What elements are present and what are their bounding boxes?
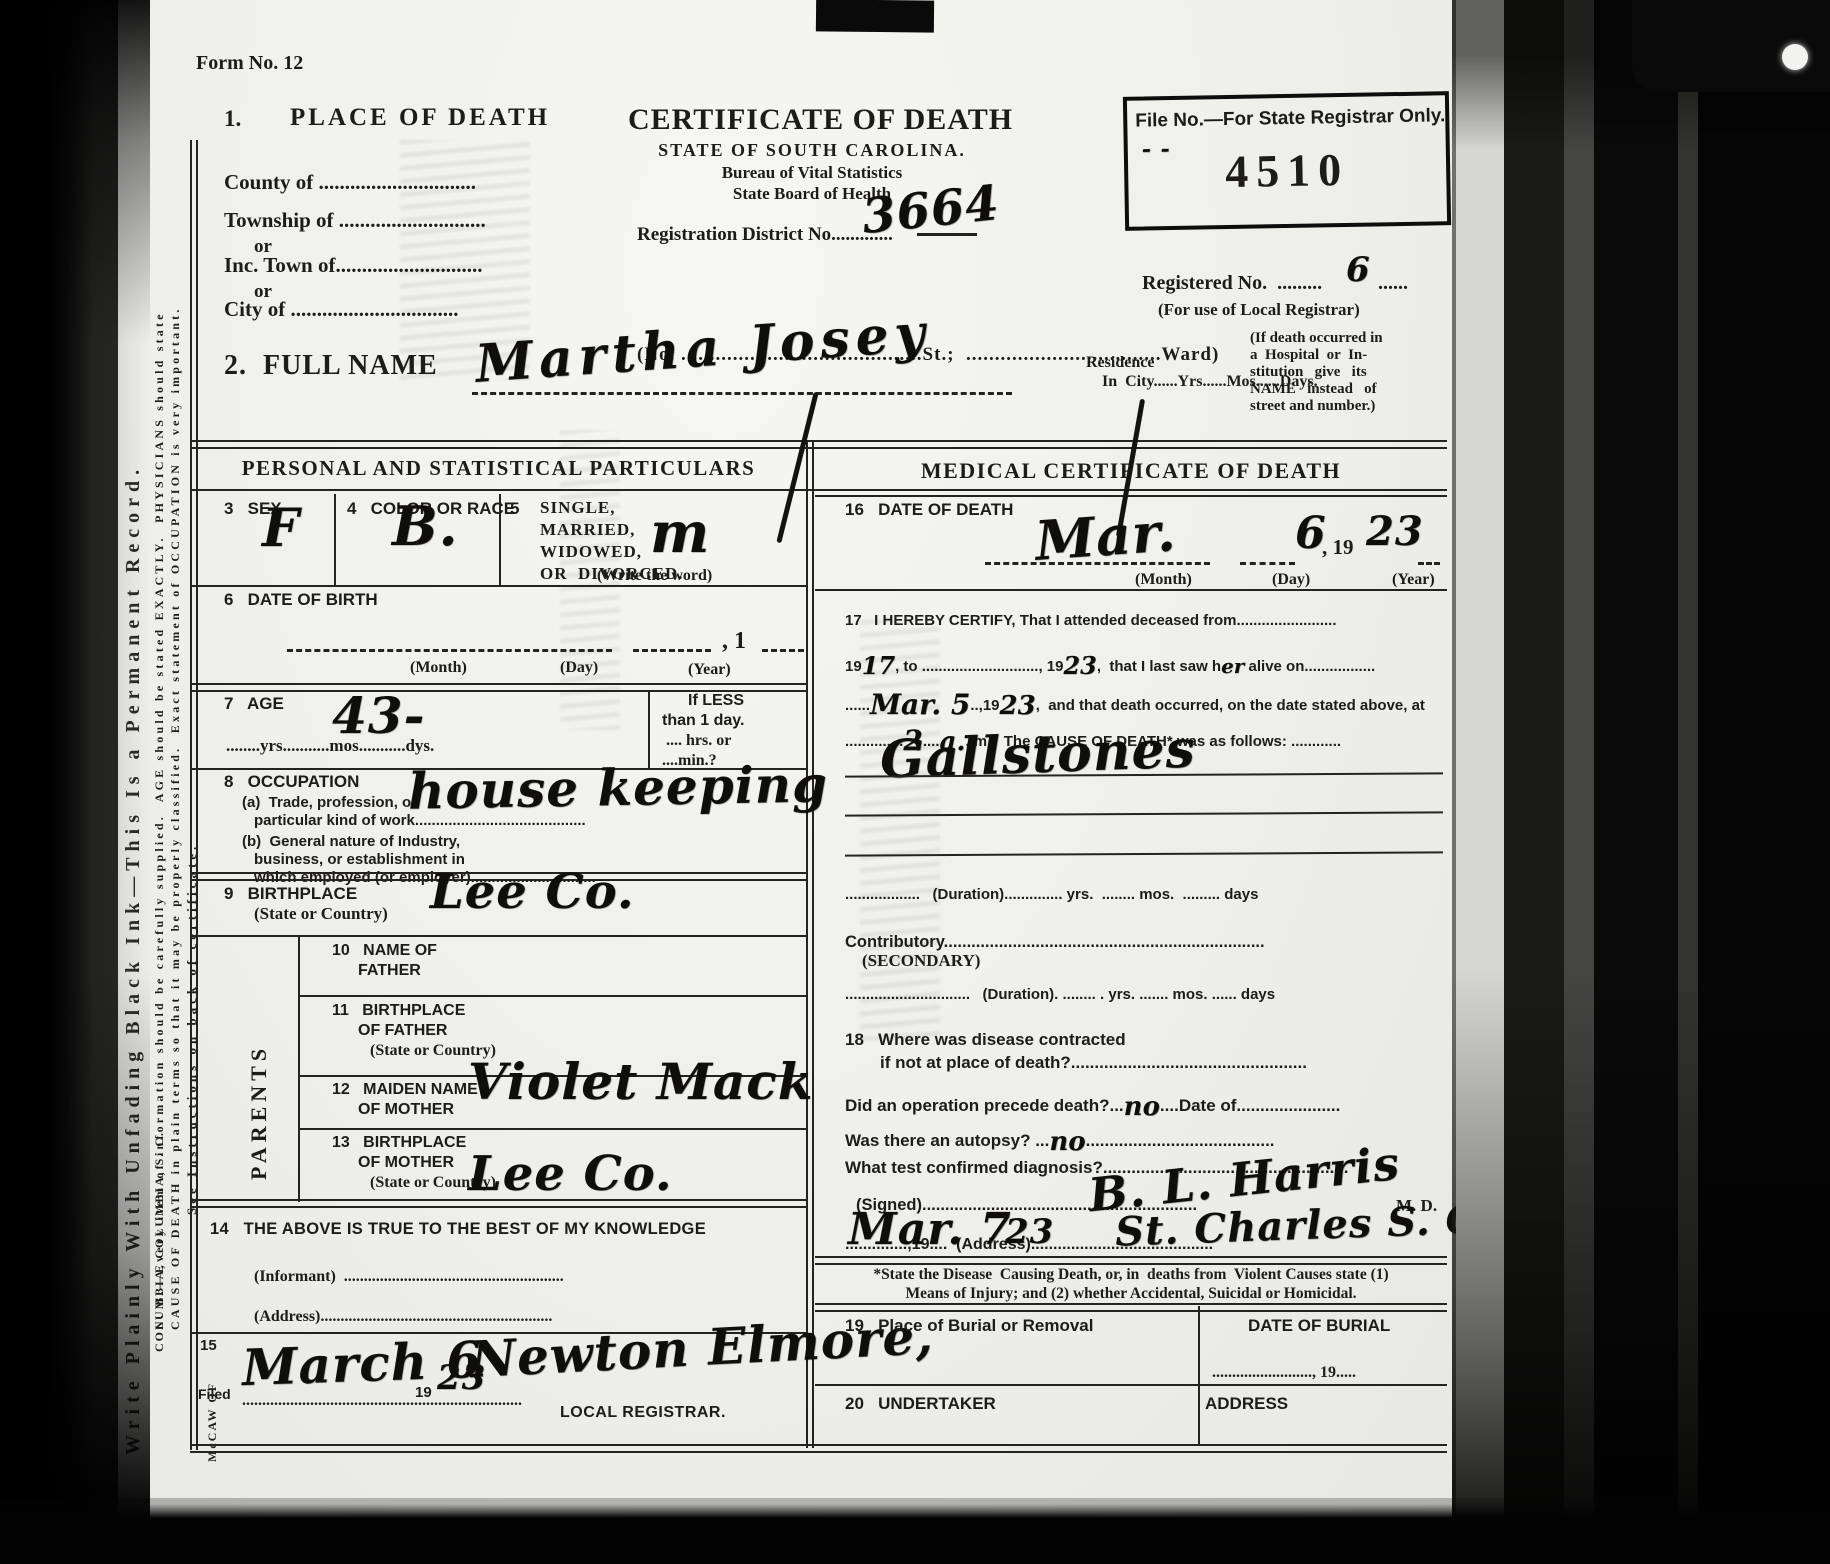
dob-month-blank xyxy=(287,649,612,652)
header-separator-rule xyxy=(190,440,1447,449)
dob-year-caption: (Year) xyxy=(688,661,731,679)
dob-day-blank xyxy=(633,649,711,652)
age-label: 7 AGE xyxy=(224,694,284,714)
state-subtitle: STATE OF SOUTH CAROLINA. xyxy=(628,140,996,161)
age-units-line: ........yrs...........mos...........dys. xyxy=(226,736,644,756)
registered-no-value: 6 xyxy=(1346,250,1371,290)
secondary-caption: (SECONDARY) xyxy=(862,951,980,971)
row-rule xyxy=(298,1128,806,1130)
certify-line2: 1917, to ............................, 1… xyxy=(845,648,1445,677)
residence-duration-line: In City......Yrs......Mos......Days. xyxy=(1102,373,1318,391)
occupation-value: house keeping xyxy=(408,754,829,820)
footnote-line1: *State the Disease Causing Death, or, in… xyxy=(815,1266,1447,1284)
dod-year-caption: (Year) xyxy=(1392,571,1435,589)
file-number-value: 4510 xyxy=(1128,141,1447,200)
duration-line-primary: .................. (Duration)...........… xyxy=(845,886,1445,903)
form-number: Form No. 12 xyxy=(196,52,303,75)
cause-of-death-value: Gallstones xyxy=(879,719,1197,791)
form-bottom-border xyxy=(190,1444,1447,1453)
date-of-death-year-value: 23 xyxy=(1366,508,1424,555)
printed-to-19: , to ............................, 19 xyxy=(895,658,1063,675)
bleed-through-smudge xyxy=(860,620,940,1040)
signed-date-value: Mar. 7 xyxy=(848,1204,1012,1255)
dod-month-caption: (Month) xyxy=(1135,571,1192,589)
date-of-burial-label: DATE OF BURIAL xyxy=(1248,1316,1390,1336)
scan-dark-edge-bottom xyxy=(0,1498,1830,1564)
file-number-box-title: File No.—For State Registrar Only. xyxy=(1135,105,1433,132)
hospital-note-line: street and number.) xyxy=(1250,398,1375,415)
leader-dots: ........................................ xyxy=(1086,1131,1275,1150)
stray-pen-marks: - - xyxy=(1142,136,1171,163)
pronoun-handwritten: er xyxy=(1221,654,1244,677)
for-use-of-local-registrar-note: (For use of Local Registrar) xyxy=(1158,300,1360,320)
row-rule xyxy=(815,1384,1447,1386)
printed-19: ..,19 xyxy=(970,697,999,714)
dod-year-printed: , 19 xyxy=(1322,535,1354,560)
mother-birthplace-value: Lee Co. xyxy=(468,1146,673,1202)
township-field: Township of ............................ xyxy=(224,208,574,233)
local-registrar-label: LOCAL REGISTRAR. xyxy=(560,1404,726,1422)
occupation-b-line1: (b) General nature of Industry, xyxy=(242,833,460,850)
mother-birthplace-label2: OF MOTHER xyxy=(358,1154,454,1172)
autopsy-answer-value: no xyxy=(1049,1127,1085,1153)
mother-maiden-label1: 12 MAIDEN NAME xyxy=(332,1081,478,1099)
occupation-label: 8 OCCUPATION xyxy=(224,772,359,792)
margin-cause-note: CAUSE OF DEATH in plain terms so that it… xyxy=(168,306,183,1330)
informant-field: (Informant) ............................… xyxy=(254,1268,802,1286)
if-less-line3: .... hrs. or xyxy=(666,732,731,750)
birthplace-value: Lee Co. xyxy=(430,864,635,920)
footnote-line2: Means of Injury; and (2) whether Acciden… xyxy=(815,1285,1447,1303)
row-rule xyxy=(190,585,806,587)
row-rule xyxy=(815,589,1447,591)
father-birthplace-label2: OF FATHER xyxy=(358,1022,447,1040)
mother-birthplace-label1: 13 BIRTHPLACE xyxy=(332,1134,466,1152)
certify-line1: 17 I HEREBY CERTIFY, That I attended dec… xyxy=(845,612,1445,629)
alive-on-text: alive on................. xyxy=(1244,658,1375,675)
county-field: County of .............................. xyxy=(224,170,574,195)
row-rule xyxy=(190,683,806,692)
date-of-burial-field: ........................., 19..... xyxy=(1212,1364,1444,1382)
write-the-word-hint: (Write the word) xyxy=(597,567,712,585)
place-of-death-heading: PLACE OF DEATH xyxy=(290,104,550,132)
scan-blotch-top xyxy=(816,0,934,33)
birthplace-hint: (State or Country) xyxy=(254,904,388,924)
full-name-label: 2. FULL NAME xyxy=(224,350,438,382)
heading-underline-rule xyxy=(190,489,1447,491)
residence-label: Residence xyxy=(1086,354,1154,372)
registered-no-field: Registered No. ......... xyxy=(1142,272,1322,295)
registered-no-trailing-dots: ...... xyxy=(1378,272,1408,295)
marital-option-married: MARRIED, xyxy=(540,520,635,540)
autopsy-question: Was there an autopsy? ... xyxy=(845,1131,1049,1150)
mother-maiden-label2: OF MOTHER xyxy=(358,1101,454,1119)
mother-maiden-value: Violet Mack xyxy=(468,1052,813,1111)
signed-year-value: 23 xyxy=(1005,1212,1054,1252)
dob-month-caption: (Month) xyxy=(410,659,467,677)
filed-label: Filed xyxy=(198,1386,231,1402)
attended-to-year-value: 23 xyxy=(1063,651,1096,677)
marital-option-widowed: WIDOWED, xyxy=(540,542,642,562)
marital-option-single: SINGLE, xyxy=(540,498,616,518)
field-divider xyxy=(499,494,501,586)
city-field: City of ................................ xyxy=(224,297,574,322)
marital-number: 5 xyxy=(510,499,519,519)
scan-dark-edge-right xyxy=(1452,0,1830,1564)
printed-19: 19 xyxy=(845,658,862,675)
dob-year-blank xyxy=(762,649,804,652)
dod-day-caption: (Day) xyxy=(1272,571,1310,589)
place-of-burial-label: 19 Place of Burial or Removal xyxy=(845,1316,1093,1336)
attended-from-year-value: 17 xyxy=(862,651,895,677)
row-rule xyxy=(190,1199,806,1208)
if-less-line1: If LESS xyxy=(688,692,744,710)
undertaker-address-label: ADDRESS xyxy=(1205,1394,1288,1414)
row-rule xyxy=(298,995,806,997)
date-of-birth-label: 6 DATE OF BIRTH xyxy=(224,590,378,610)
center-column-divider xyxy=(806,440,814,1448)
contributory-field: Contributory............................… xyxy=(845,933,1445,952)
row-rule xyxy=(815,1303,1447,1312)
certificate-title: CERTIFICATE OF DEATH xyxy=(628,103,996,137)
row-rule xyxy=(190,935,806,937)
disease-contracted-label: 18 Where was disease contracted xyxy=(845,1030,1126,1050)
burial-column-divider xyxy=(1198,1306,1200,1446)
scan-hole-dot xyxy=(1782,44,1808,70)
file-number-box: File No.—For State Registrar Only. 4510 … xyxy=(1123,91,1451,231)
operation-answer-value: no xyxy=(1124,1092,1160,1118)
informant-section-heading: 14 THE ABOVE IS TRUE TO THE BEST OF MY K… xyxy=(210,1220,706,1239)
father-name-label1: 10 NAME OF xyxy=(332,942,437,960)
full-name-underline xyxy=(472,392,1012,395)
dod-day-blank xyxy=(1240,562,1295,565)
hospital-note-line: (If death occurred in xyxy=(1250,330,1383,347)
occupation-a-line1: (a) Trade, profession, or xyxy=(242,794,417,811)
color-race-value: B. xyxy=(392,494,458,558)
certify-line3: ......Mar. 5..,1923, and that death occu… xyxy=(845,684,1445,717)
inc-town-field: Inc. Town of............................ xyxy=(224,253,574,278)
parents-vertical-label: PARENTS xyxy=(246,1044,272,1180)
dob-year-prefix: , 1 xyxy=(722,628,746,655)
undertaker-label: 20 UNDERTAKER xyxy=(845,1394,996,1414)
operation-date-prompt: ....Date of...................... xyxy=(1160,1096,1340,1115)
heading-underline-rule2 xyxy=(815,495,1447,497)
last-saw-year-value: 23 xyxy=(1000,691,1036,717)
last-saw-date-value: Mar. 5 xyxy=(870,688,970,717)
personal-particulars-heading: PERSONAL AND STATISTICAL PARTICULARS xyxy=(192,456,805,481)
disease-contracted-field: if not at place of death?...............… xyxy=(880,1053,1445,1073)
sex-value: F xyxy=(262,498,300,559)
father-birthplace-label1: 11 BIRTHPLACE xyxy=(332,1002,465,1020)
parents-inner-border xyxy=(298,935,300,1202)
duration-line-secondary: .............................. (Duration… xyxy=(845,986,1445,1003)
dob-day-caption: (Day) xyxy=(560,659,598,677)
filed-section-number: 15 xyxy=(200,1337,217,1354)
hospital-note-line: a Hospital or In- xyxy=(1250,347,1367,364)
field-divider xyxy=(334,494,336,586)
operation-question-line: Did an operation precede death?...no....… xyxy=(845,1088,1445,1118)
operation-question: Did an operation precede death?... xyxy=(845,1096,1124,1115)
row-rule xyxy=(815,1256,1447,1265)
dod-year-blank xyxy=(1418,562,1440,565)
death-occurred-text: , and that death occurred, on the date s… xyxy=(1036,697,1425,714)
last-saw-text: , that I last saw h xyxy=(1097,658,1221,675)
birthplace-label: 9 BIRTHPLACE xyxy=(224,884,357,904)
if-less-line2: than 1 day. xyxy=(662,712,744,730)
leader-dots: ...... xyxy=(845,697,870,714)
marital-value: m xyxy=(650,500,710,566)
scan-dark-edge-left xyxy=(0,0,150,1564)
dod-month-blank xyxy=(985,562,1210,565)
father-name-label2: FATHER xyxy=(358,962,421,980)
registration-district-field: Registration District No............. xyxy=(637,224,893,246)
date-of-death-label: 16 DATE OF DEATH xyxy=(845,500,1013,520)
section1-number: 1. xyxy=(224,106,241,132)
form-left-border xyxy=(190,140,198,1450)
death-certificate-scan: Write Plainly With Unfading Black Ink—Th… xyxy=(0,0,1830,1564)
printer-mark-line2: COLUMBIA, COLUMBIA, S. C. xyxy=(152,1131,167,1352)
